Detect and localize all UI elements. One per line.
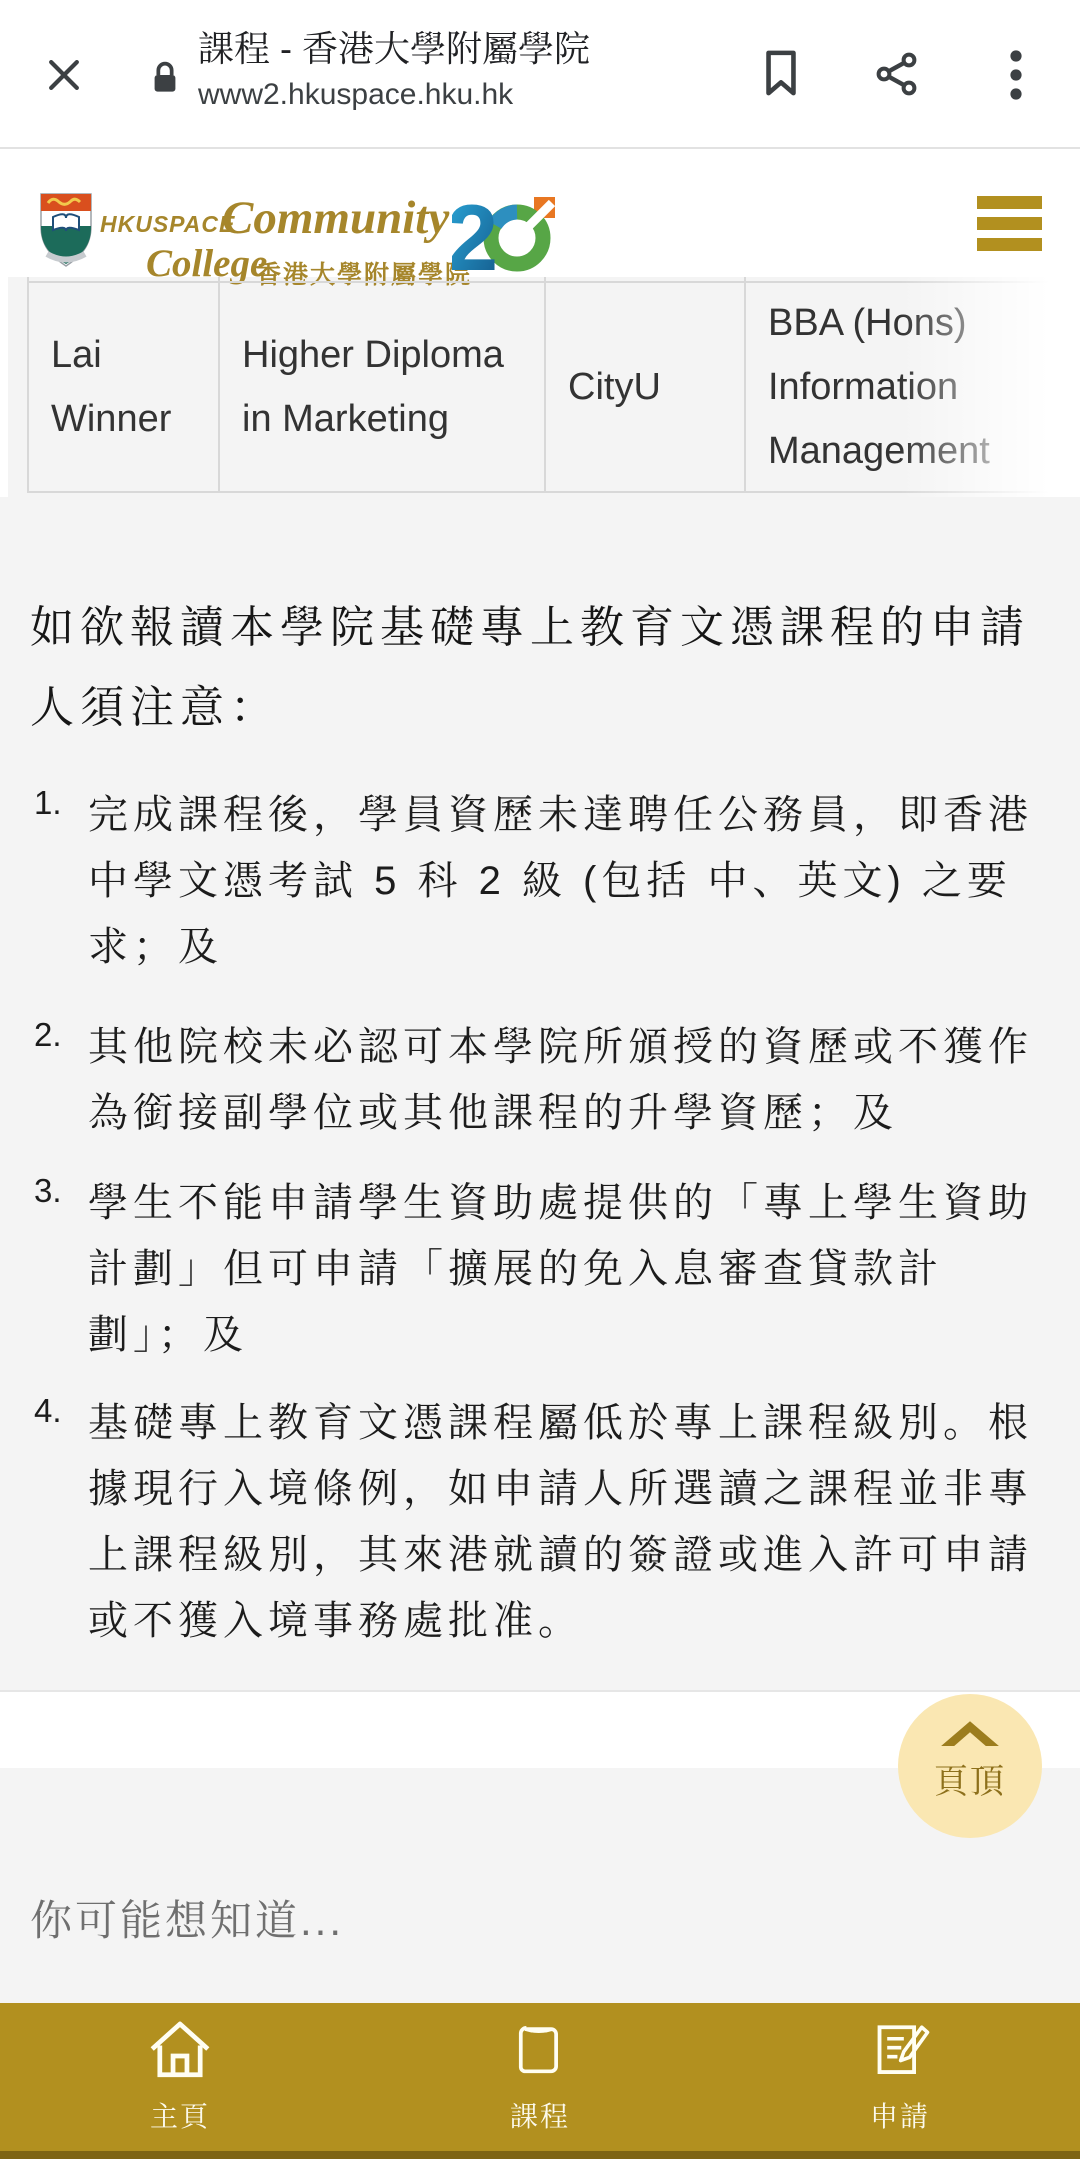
table-right-fade [900, 277, 1062, 497]
anniversary-20-logo: 2 [452, 193, 556, 284]
share-button[interactable] [872, 50, 922, 103]
site-header: HKUSPACE Community College 香港大學附屬學院 2 [0, 149, 1080, 277]
mobile-screen: 課程 - 香港大學附屬學院 www2.hkuspace.hku.hk [0, 0, 1080, 2159]
nav-item-courses[interactable]: 課程 [360, 2003, 720, 2159]
table-left-gutter [0, 277, 8, 497]
page-title: 課程 - 香港大學附屬學院 [198, 26, 590, 72]
share-icon [872, 50, 922, 98]
note-number: 3. [34, 1172, 62, 1210]
hamburger-bar [977, 217, 1042, 230]
nav-item-apply[interactable]: 申請 [720, 2003, 1080, 2159]
table-scroll-gutter[interactable] [1062, 277, 1080, 497]
nav-item-home[interactable]: 主頁 [0, 2003, 360, 2159]
back-to-top-button[interactable]: 頁頂 [898, 1694, 1042, 1838]
hamburger-bar [977, 238, 1042, 251]
overflow-menu-button[interactable] [1002, 48, 1030, 107]
logo-community-text[interactable]: Community [222, 191, 449, 245]
graduates-table: Lai Winner Higher Diploma in Marketing C… [0, 277, 1080, 497]
notes-intro: 如欲報讀本學院基礎專上教育文憑課程的申請人須注意： [30, 588, 1050, 748]
close-button[interactable] [42, 53, 86, 102]
note-item-2: 2. 其他院校未必認可本學院所頒授的資歷或不獲作為銜接副學位或其他課程的升學資歷… [0, 1014, 1080, 1146]
bookmark-icon [758, 46, 804, 100]
note-item-3: 3. 學生不能申請學生資助處提供的「專上學生資助計劃」但可申請「擴展的免入息審查… [0, 1170, 1080, 1368]
nav-label-home: 主頁 [150, 2095, 210, 2135]
bookmark-button[interactable] [758, 46, 804, 105]
logo-hkuspace-text[interactable]: HKUSPACE [100, 211, 235, 238]
hamburger-menu-button[interactable] [977, 196, 1042, 251]
hku-crest-icon [38, 191, 94, 269]
note-item-1: 1. 完成課程後，學員資歷未達聘任公務員，即香港中學文憑考試 5 科 2 級 (… [0, 782, 1080, 980]
browser-bar: 課程 - 香港大學附屬學院 www2.hkuspace.hku.hk [0, 0, 1080, 147]
nav-label-courses: 課程 [510, 2095, 570, 2135]
note-text: 其他院校未必認可本學院所頒授的資歷或不獲作為銜接副學位或其他課程的升學資歷；及 [88, 1014, 1050, 1146]
back-to-top-label: 頁頂 [934, 1754, 1006, 1803]
cell-programme: Higher Diploma in Marketing [218, 283, 544, 491]
note-text: 基礎專上教育文憑課程屬低於專上課程級別。根據現行入境條例，如申請人所選讀之課程並… [88, 1390, 1050, 1654]
page-url: www2.hkuspace.hku.hk [198, 76, 513, 114]
close-icon [42, 53, 86, 97]
hku-crest-logo[interactable] [38, 191, 94, 274]
bottom-nav: 主頁 課程 申請 [0, 2003, 1080, 2159]
hamburger-bar [977, 196, 1042, 209]
note-item-4: 4. 基礎專上教育文憑課程屬低於專上課程級別。根據現行入境條例，如申請人所選讀之… [0, 1390, 1080, 1654]
chevron-up-icon [937, 1718, 1003, 1752]
book-icon [509, 2017, 571, 2081]
note-text: 學生不能申請學生資助處提供的「專上學生資助計劃」但可申請「擴展的免入息審查貸款計… [88, 1170, 1050, 1368]
lock-icon [149, 57, 181, 106]
overflow-menu-icon [1002, 48, 1030, 102]
note-number: 2. [34, 1016, 62, 1054]
note-number: 1. [34, 784, 62, 822]
suggestion-heading: 你可能想知道... [30, 1888, 344, 1948]
note-text: 完成課程後，學員資歷未達聘任公務員，即香港中學文憑考試 5 科 2 級 (包括 … [88, 782, 1050, 980]
note-number: 4. [34, 1392, 62, 1430]
apply-icon [868, 2017, 932, 2081]
cell-university: CityU [544, 283, 744, 491]
bottom-edge-strip [0, 2151, 1080, 2159]
nav-label-apply: 申請 [870, 2095, 930, 2135]
anniversary-digit: 2 [452, 193, 498, 279]
home-icon [144, 2017, 216, 2081]
cell-graduate-name: Lai Winner [27, 283, 218, 491]
